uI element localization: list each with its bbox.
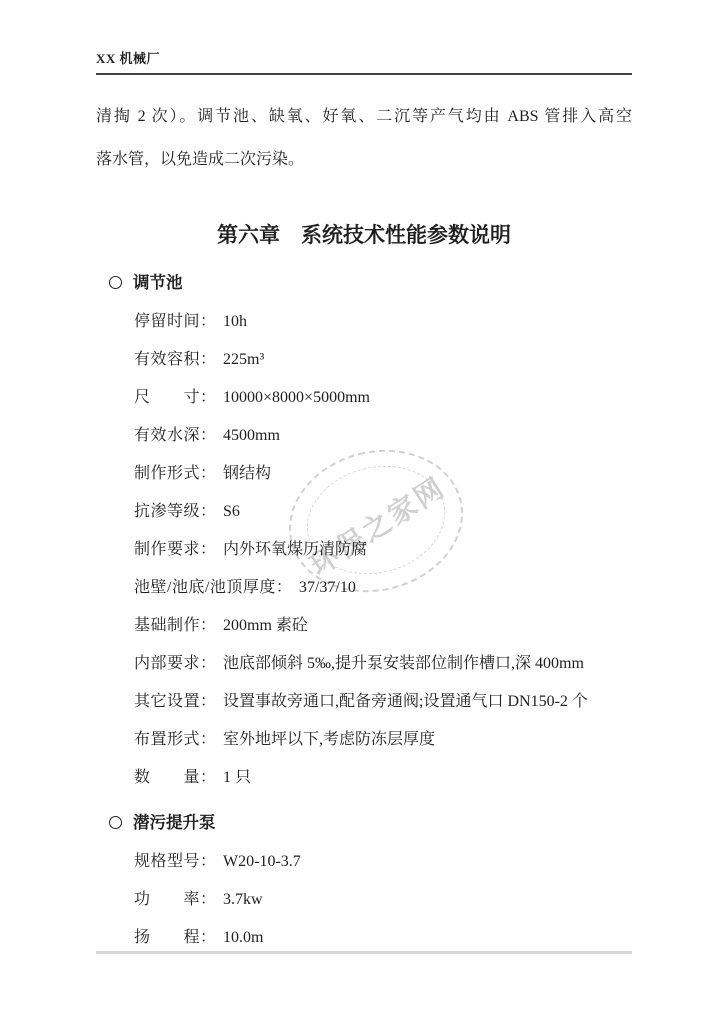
section-submersible-pump: 潜污提升泵 规格型号：W20-10-3.7 功 率：3.7kw 扬 程：10.0… bbox=[96, 814, 632, 948]
document-page: 环保之家网 XX 机械厂 清掏 2 次）。调节池、缺氧、好氧、二沉等产气均由 A… bbox=[0, 0, 728, 1030]
spec-row: 有效水深：4500mm bbox=[134, 426, 632, 446]
spec-colon: ： bbox=[276, 579, 292, 596]
spec-label: 有效水深 bbox=[134, 427, 200, 444]
spec-value: 设置事故旁通口,配备旁通阀;设置通气口 DN150-2 个 bbox=[223, 693, 588, 710]
spec-row: 规格型号：W20-10-3.7 bbox=[134, 852, 632, 872]
spec-value: 钢结构 bbox=[223, 465, 271, 482]
spec-value: 10000×8000×5000mm bbox=[223, 389, 370, 406]
spec-colon: ： bbox=[200, 693, 216, 710]
spec-value: 225m³ bbox=[223, 351, 264, 368]
spec-label: 扬 程 bbox=[134, 929, 200, 946]
chapter-title: 第六章 系统技术性能参数说明 bbox=[96, 222, 632, 248]
spec-value: 200mm 素砼 bbox=[223, 617, 308, 634]
spec-value: 室外地坪以下,考虑防冻层厚度 bbox=[223, 731, 435, 748]
spec-colon: ： bbox=[200, 655, 216, 672]
spec-colon: ： bbox=[200, 929, 216, 946]
spec-value: 10.0m bbox=[223, 929, 263, 946]
intro-paragraph: 清掏 2 次）。调节池、缺氧、好氧、二沉等产气均由 ABS 管排入高空 落水管，… bbox=[96, 95, 632, 181]
spec-colon: ： bbox=[200, 351, 216, 368]
spec-row: 停留时间：10h bbox=[134, 312, 632, 332]
spec-label: 其它设置 bbox=[134, 693, 200, 710]
spec-colon: ： bbox=[200, 541, 216, 558]
spec-value: S6 bbox=[223, 503, 240, 520]
spec-label: 停留时间 bbox=[134, 313, 200, 330]
spec-label: 规格型号 bbox=[134, 853, 200, 870]
spec-value: 37/37/10 bbox=[299, 579, 356, 596]
section-title: 调节池 bbox=[133, 273, 183, 292]
spec-value: 池底部倾斜 5‰,提升泵安装部位制作槽口,深 400mm bbox=[223, 655, 584, 672]
spec-colon: ： bbox=[200, 389, 216, 406]
spec-label: 池壁/池底/池顶厚度 bbox=[134, 579, 276, 596]
spec-row: 基础制作：200mm 素砼 bbox=[134, 616, 632, 636]
section-bullet-icon bbox=[109, 816, 122, 829]
spec-label: 布置形式 bbox=[134, 731, 200, 748]
document-content: XX 机械厂 清掏 2 次）。调节池、缺氧、好氧、二沉等产气均由 ABS 管排入… bbox=[0, 0, 728, 948]
spec-row: 抗渗等级：S6 bbox=[134, 502, 632, 522]
spec-colon: ： bbox=[200, 731, 216, 748]
spec-label: 抗渗等级 bbox=[134, 503, 200, 520]
spec-row: 制作形式：钢结构 bbox=[134, 464, 632, 484]
spec-colon: ： bbox=[200, 769, 216, 786]
section-regulating-tank: 调节池 停留时间：10h 有效容积：225m³ 尺 寸：10000×8000×5… bbox=[96, 274, 632, 788]
spec-row: 布置形式：室外地坪以下,考虑防冻层厚度 bbox=[134, 730, 632, 750]
spec-colon: ： bbox=[200, 313, 216, 330]
spec-label: 基础制作 bbox=[134, 617, 200, 634]
spec-label: 功 率 bbox=[134, 891, 200, 908]
spec-value: 1 只 bbox=[223, 769, 251, 786]
spec-list: 规格型号：W20-10-3.7 功 率：3.7kw 扬 程：10.0m bbox=[96, 852, 632, 948]
spec-value: 10h bbox=[223, 313, 247, 330]
spec-row: 内部要求：池底部倾斜 5‰,提升泵安装部位制作槽口,深 400mm bbox=[134, 654, 632, 674]
spec-colon: ： bbox=[200, 853, 216, 870]
footer-divider bbox=[96, 951, 632, 954]
spec-row: 功 率：3.7kw bbox=[134, 890, 632, 910]
spec-colon: ： bbox=[200, 503, 216, 520]
company-name: XX 机械厂 bbox=[96, 51, 160, 66]
spec-row: 有效容积：225m³ bbox=[134, 350, 632, 370]
spec-colon: ： bbox=[200, 427, 216, 444]
spec-value: W20-10-3.7 bbox=[223, 853, 301, 870]
spec-row: 池壁/池底/池顶厚度：37/37/10 bbox=[134, 578, 632, 598]
paragraph-line: 清掏 2 次）。调节池、缺氧、好氧、二沉等产气均由 ABS 管排入高空 bbox=[96, 95, 632, 138]
spec-label: 内部要求 bbox=[134, 655, 200, 672]
spec-colon: ： bbox=[200, 465, 216, 482]
page-header: XX 机械厂 bbox=[96, 48, 632, 75]
section-title: 潜污提升泵 bbox=[133, 813, 216, 832]
spec-label: 数 量 bbox=[134, 769, 200, 786]
spec-row: 数 量：1 只 bbox=[134, 768, 632, 788]
spec-label: 尺 寸 bbox=[134, 389, 200, 406]
paragraph-line: 落水管，以免造成二次污染。 bbox=[96, 138, 632, 181]
spec-value: 3.7kw bbox=[223, 891, 263, 908]
spec-label: 有效容积 bbox=[134, 351, 200, 368]
spec-row: 尺 寸：10000×8000×5000mm bbox=[134, 388, 632, 408]
spec-value: 内外环氧煤历清防腐 bbox=[223, 541, 367, 558]
spec-colon: ： bbox=[200, 891, 216, 908]
spec-row: 制作要求：内外环氧煤历清防腐 bbox=[134, 540, 632, 560]
spec-list: 停留时间：10h 有效容积：225m³ 尺 寸：10000×8000×5000m… bbox=[96, 312, 632, 788]
section-header: 调节池 bbox=[96, 274, 632, 292]
spec-label: 制作形式 bbox=[134, 465, 200, 482]
spec-colon: ： bbox=[200, 617, 216, 634]
spec-row: 扬 程：10.0m bbox=[134, 928, 632, 948]
spec-label: 制作要求 bbox=[134, 541, 200, 558]
spec-row: 其它设置：设置事故旁通口,配备旁通阀;设置通气口 DN150-2 个 bbox=[134, 692, 632, 712]
section-header: 潜污提升泵 bbox=[96, 814, 632, 832]
section-bullet-icon bbox=[109, 276, 122, 289]
spec-value: 4500mm bbox=[223, 427, 280, 444]
